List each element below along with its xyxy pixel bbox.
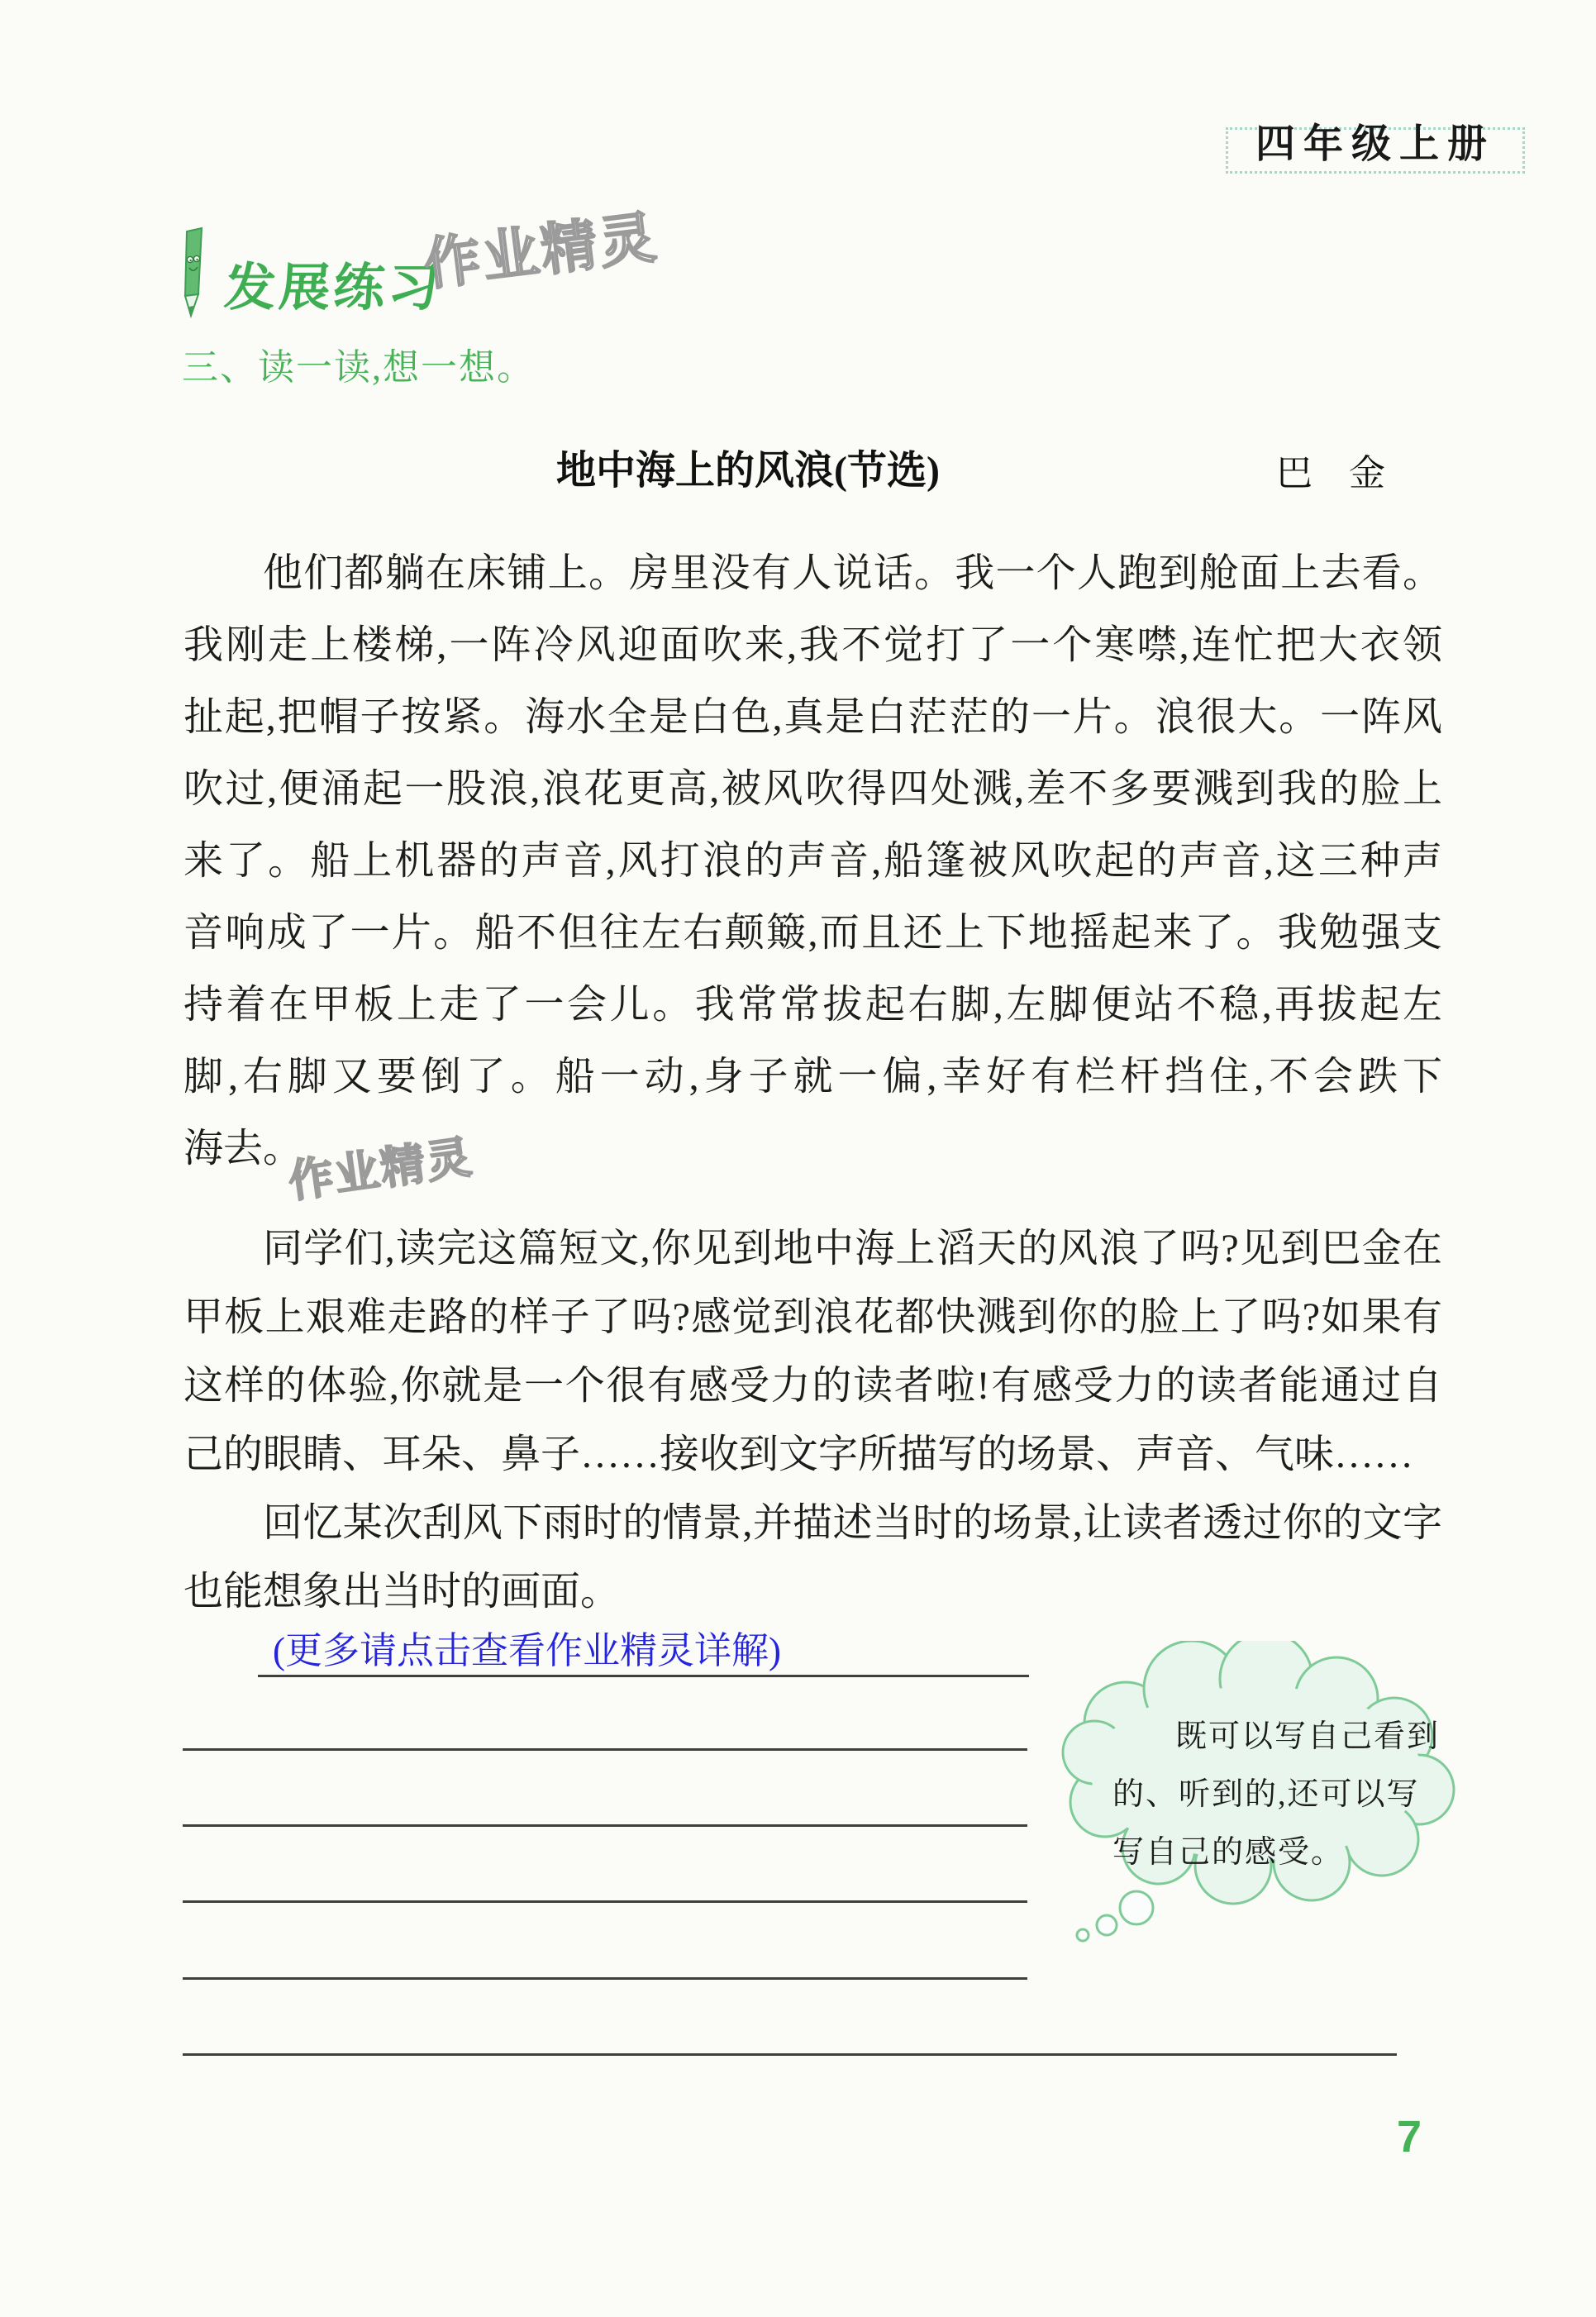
text-line: 这样的体验,你就是一个很有感受力的读者啦!有感受力的读者能通过自	[183, 1352, 1442, 1420]
paragraph: 回忆某次刮风下雨时的情景,并描述当时的场景,让读者透过你的文字 也能想象出当时的…	[183, 1489, 1442, 1626]
article-title: 地中海上的风浪(节选)	[556, 438, 940, 495]
watermark-top: 作业精灵	[419, 193, 662, 301]
text-line: 我刚走上楼梯,一阵冷风迎面吹来,我不觉打了一个寒噤,连忙把大衣领	[183, 609, 1442, 681]
hint-line: 的、听到的,还可以写	[1112, 1766, 1460, 1824]
text-line: 持着在甲板上走了一会儿。我常常拔起右脚,左脚便站不稳,再拔起左	[183, 969, 1442, 1041]
answer-line	[183, 2053, 1397, 2056]
text-line: 扯起,把帽子按紧。海水全是白色,真是白茫茫的一片。浪很大。一阵风	[183, 681, 1442, 753]
instruction-heading: 三、读一读,想一想。	[182, 337, 535, 390]
hint-bubble-text: 既可以写自己看到 的、听到的,还可以写 写自己的感受。	[1112, 1708, 1460, 1881]
grade-label: 四年级上册	[1228, 112, 1522, 169]
text-line: 同学们,读完这篇短文,你见到地中海上滔天的风浪了吗?见到巴金在	[183, 1214, 1442, 1283]
text-line: 脚,右脚又要倒了。船一动,身子就一偏,幸好有栏杆挡住,不会跌下	[183, 1041, 1442, 1113]
hint-line: 写自己的感受。	[1112, 1824, 1460, 1881]
detail-link[interactable]: (更多请点击查看作业精灵详解)	[273, 1620, 781, 1674]
text-line: 回忆某次刮风下雨时的情景,并描述当时的场景,让读者透过你的文字	[183, 1489, 1442, 1557]
text-line: 也能想象出当时的画面。	[183, 1557, 1442, 1626]
exercise-section-title: 发展练习	[222, 246, 445, 320]
answer-line	[183, 1748, 1027, 1751]
paragraph: 同学们,读完这篇短文,你见到地中海上滔天的风浪了吗?见到巴金在 甲板上艰难走路的…	[183, 1214, 1442, 1489]
text-line: 甲板上艰难走路的样子了吗?感觉到浪花都快溅到你的脸上了吗?如果有	[183, 1283, 1442, 1352]
hint-line: 既可以写自己看到	[1112, 1708, 1460, 1766]
text-line: 己的眼睛、耳朵、鼻子……接收到文字所描写的场景、声音、气味……	[183, 1420, 1442, 1489]
paragraph: 他们都躺在床铺上。房里没有人说话。我一个人跑到舱面上去看。 我刚走上楼梯,一阵冷…	[183, 537, 1442, 1185]
grade-box: 四年级上册	[1226, 127, 1525, 174]
text-line: 来了。船上机器的声音,风打浪的声音,船篷被风吹起的声音,这三种声	[183, 825, 1442, 897]
workbook-page: 四年级上册 发展练习 作业精灵 三、读一读,想一想。 地中海上的风浪(节选) 巴…	[0, 0, 1596, 2317]
text-line: 音响成了一片。船不但往左右颠簸,而且还上下地摇起来了。我勉强支	[183, 897, 1442, 969]
text-line: 吹过,便涌起一股浪,浪花更高,被风吹得四处溅,差不多要溅到我的脸上	[183, 753, 1442, 825]
page-number: 7	[1397, 2111, 1422, 2162]
text-line: 他们都躺在床铺上。房里没有人说话。我一个人跑到舱面上去看。	[183, 537, 1442, 609]
answer-line	[183, 1977, 1027, 1980]
answer-line	[183, 1824, 1027, 1827]
article-author: 巴 金	[1276, 443, 1385, 496]
answer-line	[258, 1675, 1029, 1677]
article-body: 他们都躺在床铺上。房里没有人说话。我一个人跑到舱面上去看。 我刚走上楼梯,一阵冷…	[183, 537, 1442, 1626]
pencil-icon	[180, 226, 207, 319]
answer-line	[183, 1900, 1027, 1903]
